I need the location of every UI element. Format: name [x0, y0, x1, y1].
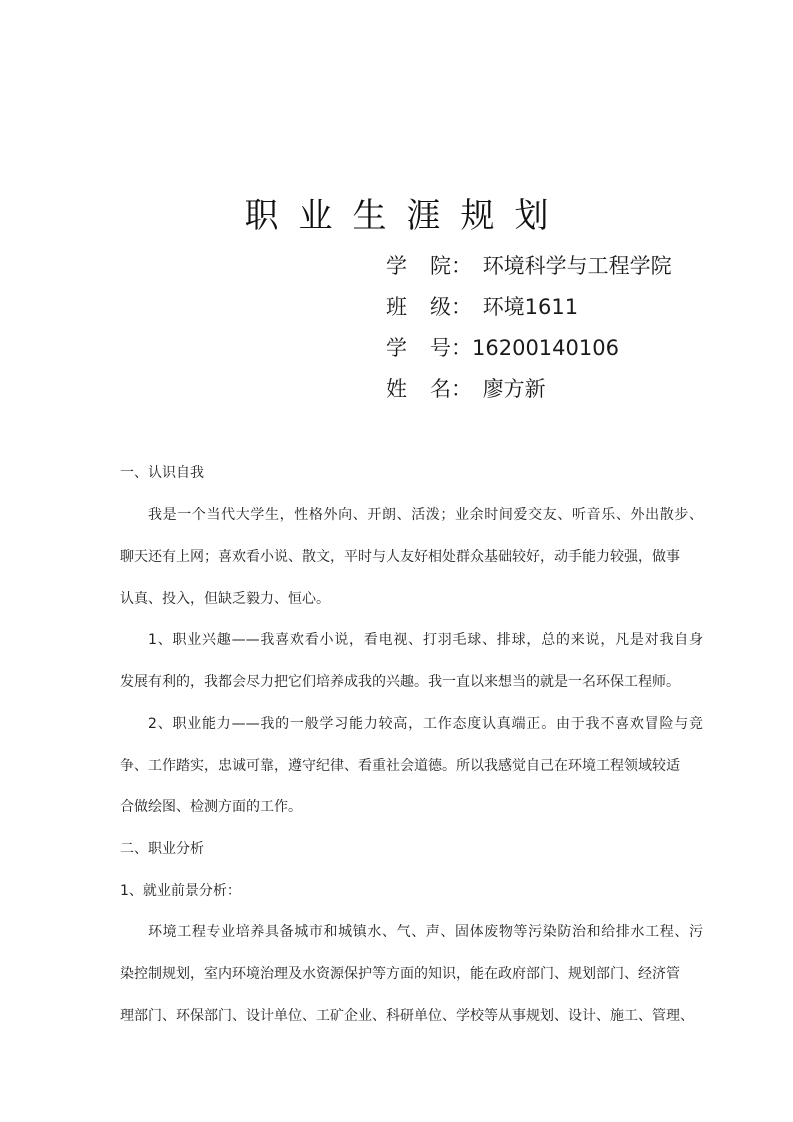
- info-student-id: 学号：16200140106: [386, 332, 619, 362]
- paragraph-line: 合做绘图、检测方面的工作。: [120, 796, 302, 816]
- paragraph-line: 理部门、环保部门、设计单位、工矿企业、科研单位、学校等从事规划、设计、施工、管理…: [120, 1005, 675, 1025]
- paragraph-line: 聊天还有上网；喜欢看小说、散文，平时与人友好相处群众基础较好，动手能力较强，做事: [120, 546, 675, 566]
- paragraph-line: 2、职业能力——我的一般学习能力较高，工作态度认真端正。由于我不喜欢冒险与竞: [120, 713, 703, 733]
- info-value: 环境1611: [483, 295, 578, 319]
- paragraph-line: 发展有利的，我都会尽力把它们培养成我的兴趣。我一直以来想当的就是一名环保工程师。: [120, 671, 675, 691]
- paragraph-line: 争、工作踏实，忠诚可靠，遵守纪律、看重社会道德。所以我感觉自己在环境工程领域较适: [120, 755, 675, 775]
- info-value: 环境科学与工程学院: [483, 254, 672, 278]
- paragraph-line: 我是一个当代大学生，性格外向、开朗、活泼；业余时间爱交友、听音乐、外出散步、: [120, 504, 703, 524]
- info-label-1: 学: [386, 250, 430, 280]
- info-name: 姓名： 廖方新: [386, 373, 546, 403]
- info-label-1: 学: [386, 332, 430, 362]
- info-value: 廖方新: [483, 377, 546, 401]
- paragraph-line: 环境工程专业培养具备城市和城镇水、气、声、固体废物等污染防治和给排水工程、污: [120, 921, 703, 941]
- info-college: 学院： 环境科学与工程学院: [386, 250, 672, 280]
- info-label-2: 级：: [430, 291, 472, 321]
- section-heading: 一、认识自我: [120, 462, 204, 482]
- subsection-heading: 1、就业前景分析：: [120, 880, 241, 900]
- info-label-1: 姓: [386, 373, 430, 403]
- paragraph-line: 染控制规划，室内环境治理及水资源保护等方面的知识，能在政府部门、规划部门、经济管: [120, 963, 675, 983]
- info-label-2: 院：: [430, 250, 472, 280]
- info-label-2: 号：: [430, 332, 472, 362]
- info-class: 班级： 环境1611: [386, 291, 578, 321]
- info-value: 16200140106: [472, 336, 619, 360]
- info-label-2: 名：: [430, 373, 472, 403]
- info-label-1: 班: [386, 291, 430, 321]
- section-heading: 二、职业分析: [120, 838, 204, 858]
- paragraph-line: 认真、投入，但缺乏毅力、恒心。: [120, 588, 330, 608]
- document-title: 职业生涯规划: [0, 188, 793, 237]
- paragraph-line: 1、职业兴趣——我喜欢看小说，看电视、打羽毛球、排球，总的来说，凡是对我自身: [120, 629, 703, 649]
